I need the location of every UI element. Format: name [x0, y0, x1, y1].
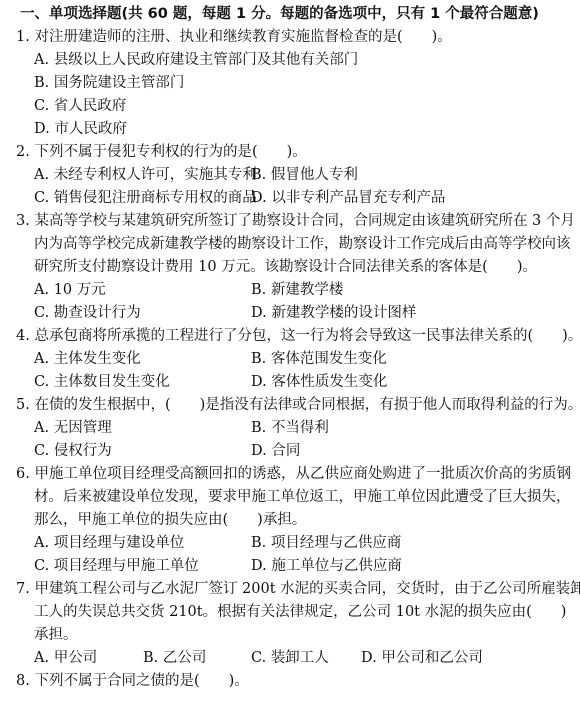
- question-6-stem: 6. 甲施工单位项目经理受高额回扣的诱惑，从乙供应商处购进了一批质次价高的劣质钢: [16, 464, 571, 484]
- option-7c: C. 装卸工人: [251, 648, 329, 668]
- option-4a: A. 主体发生变化: [34, 349, 141, 369]
- option-1c: C. 省人民政府: [34, 96, 126, 116]
- option-2b: B. 假冒他人专利: [251, 165, 358, 185]
- option-6b: B. 项目经理与乙供应商: [251, 533, 401, 553]
- option-7b: B. 乙公司: [143, 648, 206, 668]
- option-6d: D. 施工单位与乙供应商: [251, 556, 402, 576]
- option-3c: C. 勘查设计行为: [34, 303, 141, 323]
- question-5-stem: 5. 在债的发生根据中，( )是指没有法律或合同根据，有损于他人而取得利益的行为…: [16, 395, 580, 415]
- option-3d: D. 新建教学楼的设计图样: [251, 303, 416, 323]
- question-7-stem-line-3: 承担。: [34, 625, 78, 645]
- question-7-stem-line-2: 工人的失误总共交货 210t。根据有关法律规定，乙公司 10t 水泥的损失应由(…: [34, 602, 566, 622]
- question-4-stem: 4. 总承包商将所承揽的工程进行了分包，这一行为将会导致这一民事法律关系的( )…: [16, 326, 580, 346]
- question-7-stem: 7. 甲建筑工程公司与乙水泥厂签订 200t 水泥的买卖合同，交货时，由于乙公司…: [16, 579, 580, 599]
- exam-page: 一、单项选择题(共 60 题，每题 1 分。每题的备选项中，只有 1 个最符合题…: [0, 0, 580, 727]
- option-2c: C. 销售侵犯注册商标专用权的商品: [34, 188, 257, 208]
- option-3a: A. 10 万元: [34, 280, 106, 300]
- option-1a: A. 县级以上人民政府建设主管部门及其他有关部门: [34, 50, 358, 70]
- option-6a: A. 项目经理与建设单位: [34, 533, 184, 553]
- question-6-stem-line-3: 那么，甲施工单位的损失应由( )承担。: [34, 510, 306, 530]
- question-3-stem: 3. 某高等学校与某建筑研究所签订了勘察设计合同，合同规定由该建筑研究所在 3 …: [16, 211, 575, 231]
- section-heading: 一、单项选择题(共 60 题，每题 1 分。每题的备选项中，只有 1 个最符合题…: [20, 4, 539, 24]
- option-4c: C. 主体数目发生变化: [34, 372, 170, 392]
- option-7a: A. 甲公司: [34, 648, 97, 668]
- question-3-stem-line-2: 内为高等学校完成新建教学楼的勘察设计工作，勘察设计工作完成后由高等学校向该: [34, 234, 571, 254]
- question-3-stem-line-3: 研究所支付勘察设计费用 10 万元。该勘察设计合同法律关系的客体是( )。: [34, 257, 537, 277]
- option-4d: D. 客体性质发生变化: [251, 372, 387, 392]
- option-5c: C. 侵权行为: [34, 441, 112, 461]
- option-2d: D. 以非专利产品冒充专利产品: [251, 188, 445, 208]
- option-2a: A. 未经专利权人许可，实施其专利: [34, 165, 257, 185]
- option-4b: B. 客体范围发生变化: [251, 349, 387, 369]
- option-3b: B. 新建教学楼: [251, 280, 343, 300]
- question-1-stem: 1. 对注册建造师的注册、执业和继续教育实施监督检查的是( )。: [16, 27, 452, 47]
- option-5d: D. 合同: [251, 441, 300, 461]
- question-2-stem: 2. 下列不属于侵犯专利权的行为的是( )。: [16, 142, 307, 162]
- option-1b: B. 国务院建设主管部门: [34, 73, 184, 93]
- option-5a: A. 无因管理: [34, 418, 112, 438]
- option-7d: D. 甲公司和乙公司: [361, 648, 483, 668]
- option-5b: B. 不当得利: [251, 418, 329, 438]
- option-6c: C. 项目经理与甲施工单位: [34, 556, 199, 576]
- option-1d: D. 市人民政府: [34, 119, 127, 139]
- question-8-stem: 8. 下列不属于合同之债的是( )。: [16, 671, 249, 691]
- question-6-stem-line-2: 材。后来被建设单位发现，要求甲施工单位返工，甲施工单位因此遭受了巨大损失，: [34, 487, 571, 507]
- question-number: 1.: [16, 29, 30, 45]
